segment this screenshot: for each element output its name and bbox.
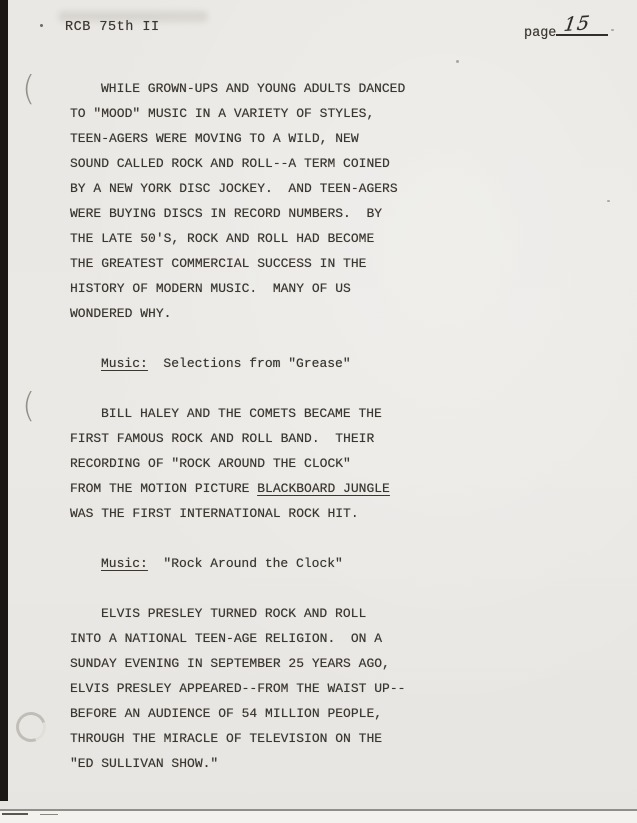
page-label: page [524,26,556,41]
page-number-underline: 15 [556,20,608,36]
punch-hole-mark [11,707,51,747]
music-cue-2: Music: "Rock Around the Clock" [70,551,530,576]
text-line: THROUGH THE MIRACLE OF TELEVISION ON THE [70,726,530,751]
music-cue-text: Selections from "Grease" [148,356,351,371]
text-line: HISTORY OF MODERN MUSIC. MANY OF US [70,276,530,301]
punch-hole-mark: ( [22,389,35,423]
text-line: WERE BUYING DISCS IN RECORD NUMBERS. BY [70,201,530,226]
scan-corner-mark [2,813,28,815]
music-cue-line: Music: "Rock Around the Clock" [70,551,530,576]
music-cue-label: Music: [101,556,148,571]
text-line: WHILE GROWN-UPS AND YOUNG ADULTS DANCED [70,76,530,101]
paragraph-3: ELVIS PRESLEY TURNED ROCK AND ROLL INTO … [70,601,530,776]
text-line: THE GREATEST COMMERCIAL SUCCESS IN THE [70,251,530,276]
text-line: WAS THE FIRST INTERNATIONAL ROCK HIT. [70,501,530,526]
text-line: BY A NEW YORK DISC JOCKEY. AND TEEN-AGER… [70,176,530,201]
typescript-body: WHILE GROWN-UPS AND YOUNG ADULTS DANCED … [70,76,530,801]
scan-corner-mark [40,814,58,815]
scan-bottom-strip [0,811,637,823]
text-line: WONDERED WHY. [70,301,530,326]
text-line: ELVIS PRESLEY TURNED ROCK AND ROLL [70,601,530,626]
scan-speck [456,60,459,63]
text-line: ELVIS PRESLEY APPEARED--FROM THE WAIST U… [70,676,530,701]
underlined-title: BLACKBOARD JUNGLE [257,481,390,496]
text-line: FROM THE MOTION PICTURE BLACKBOARD JUNGL… [70,476,530,501]
text-line: TO "MOOD" MUSIC IN A VARIETY OF STYLES, [70,101,530,126]
music-cue-1: Music: Selections from "Grease" [70,351,530,376]
text-line: BILL HALEY AND THE COMETS BECAME THE [70,401,530,426]
text-line: RECORDING OF "ROCK AROUND THE CLOCK" [70,451,530,476]
document-id: RCB 75th II [65,20,160,35]
text-line: SUNDAY EVENING IN SEPTEMBER 25 YEARS AGO… [70,651,530,676]
paragraph-2: BILL HALEY AND THE COMETS BECAME THE FIR… [70,401,530,526]
scanned-typescript-page: ( ( RCB 75th II page15 WHILE GROWN-UPS A… [0,0,637,823]
text-segment: FROM THE MOTION PICTURE [70,481,257,496]
music-cue-text: "Rock Around the Clock" [148,556,343,571]
text-line: TEEN-AGERS WERE MOVING TO A WILD, NEW [70,126,530,151]
handwritten-page-number: 15 [563,12,592,36]
scan-speck [40,24,43,27]
scan-speck [611,29,614,31]
paragraph-1: WHILE GROWN-UPS AND YOUNG ADULTS DANCED … [70,76,530,326]
text-line: FIRST FAMOUS ROCK AND ROLL BAND. THEIR [70,426,530,451]
page-number-field: page15 [524,20,608,41]
punch-hole-mark: ( [22,72,35,106]
text-line: "ED SULLIVAN SHOW." [70,751,530,776]
music-cue-line: Music: Selections from "Grease" [70,351,530,376]
text-line: SOUND CALLED ROCK AND ROLL--A TERM COINE… [70,151,530,176]
text-line: BEFORE AN AUDIENCE OF 54 MILLION PEOPLE, [70,701,530,726]
scan-speck [607,200,610,202]
text-line: THE LATE 50'S, ROCK AND ROLL HAD BECOME [70,226,530,251]
text-line: INTO A NATIONAL TEEN-AGE RELIGION. ON A [70,626,530,651]
music-cue-label: Music: [101,356,148,371]
scan-left-edge [0,0,8,801]
